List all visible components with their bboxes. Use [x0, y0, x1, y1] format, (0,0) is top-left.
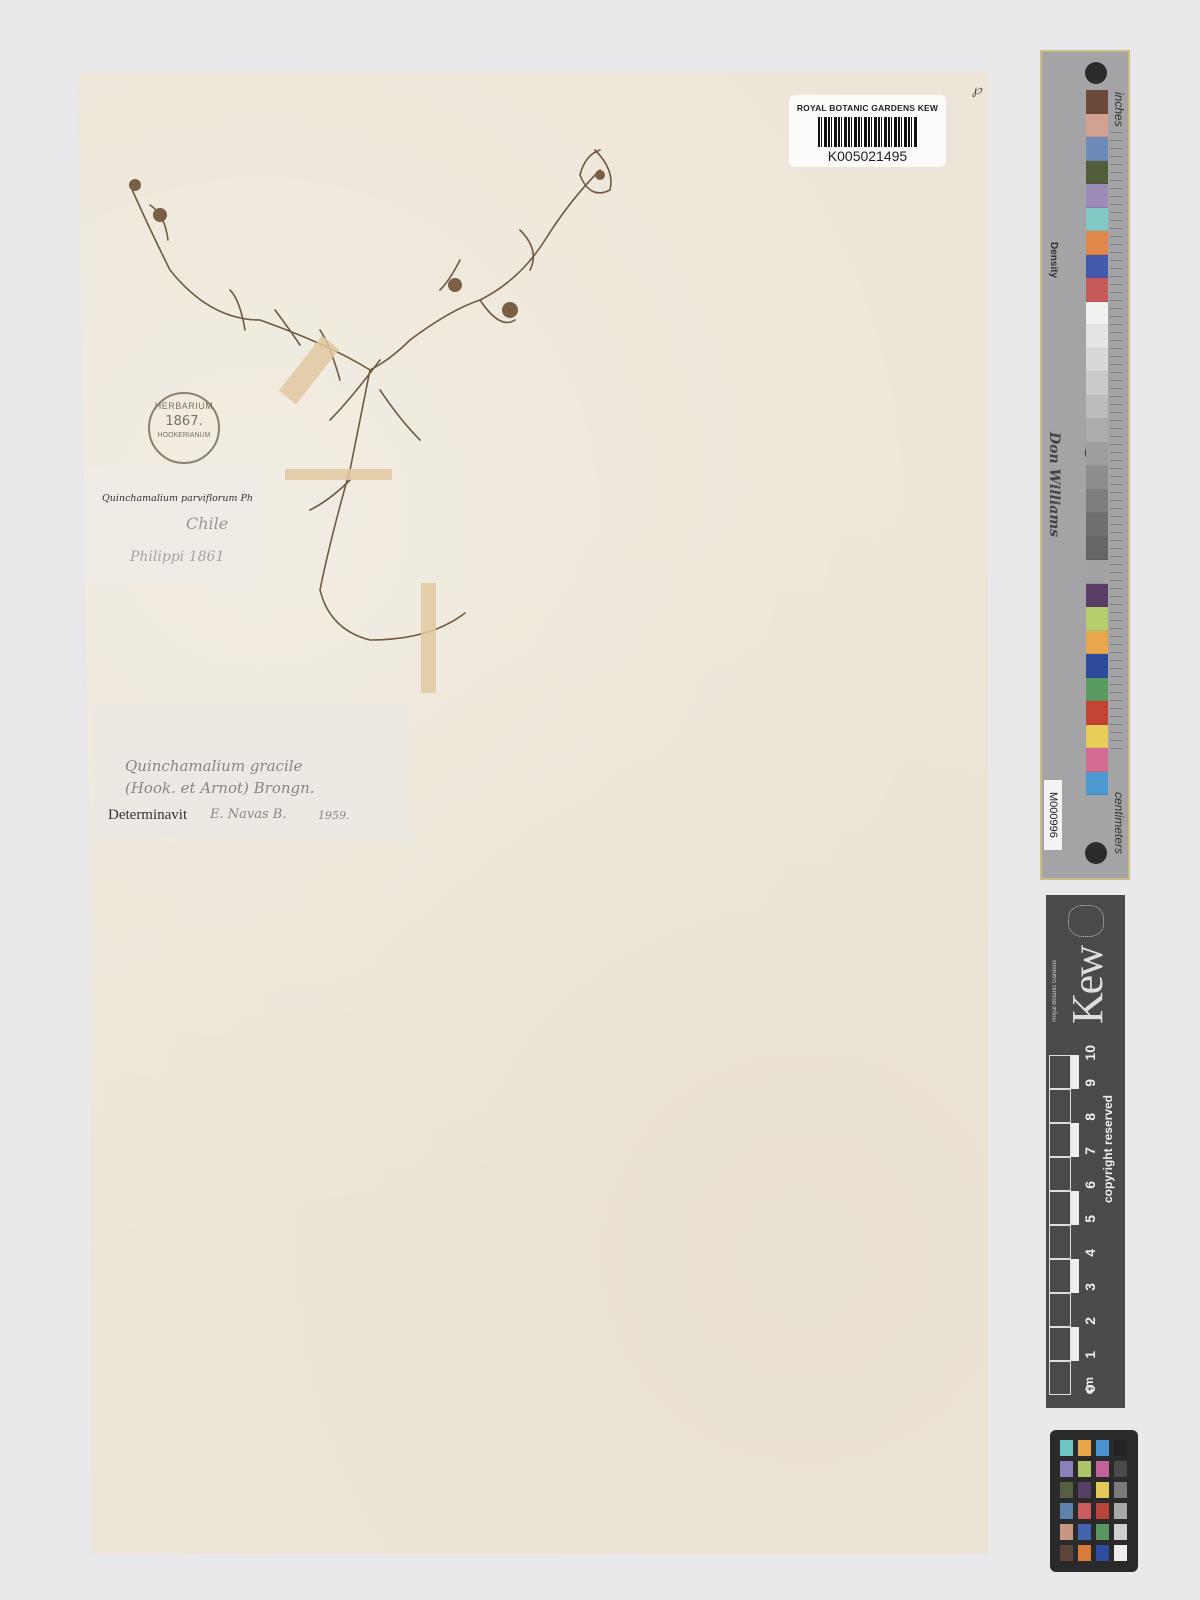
scale-number: 3	[1082, 1283, 1098, 1291]
mounting-tape	[285, 469, 392, 480]
color-patch	[1086, 349, 1108, 373]
scale-bar	[1071, 1327, 1079, 1361]
determinavit-prefix: Determinavit	[108, 807, 187, 824]
copyright-text: copyright reserved	[1101, 1095, 1115, 1203]
original-label: Quinchamalium parviflorum Ph Chile Phili…	[84, 467, 262, 585]
color-checker-cell	[1096, 1440, 1109, 1456]
cm-unit-label: cm	[1082, 1377, 1096, 1394]
scale-segment	[1049, 1259, 1071, 1293]
color-patch	[1086, 490, 1108, 514]
scale-number: 9	[1082, 1079, 1098, 1087]
color-checker-cell	[1096, 1482, 1109, 1498]
color-patch	[1086, 584, 1108, 608]
kew-subtitle: Royal Botanic Gardens	[1052, 960, 1058, 1022]
color-checker-cell	[1078, 1503, 1091, 1519]
scale-segment	[1049, 1157, 1071, 1191]
scale-bar	[1071, 1123, 1079, 1157]
color-patch	[1086, 466, 1108, 490]
color-patch	[1086, 654, 1108, 678]
kew-scale-ruler: Royal Botanic Gardens Kew 012345678910 c…	[1046, 895, 1125, 1408]
original-species-name: Quinchamalium parviflorum Ph	[102, 493, 262, 504]
color-checker-cell	[1114, 1482, 1127, 1498]
color-checker-cell	[1078, 1461, 1091, 1477]
scale-segment	[1049, 1225, 1071, 1259]
color-patch	[1086, 419, 1108, 443]
color-patch	[1086, 748, 1108, 772]
cm-scale-numbers: 012345678910	[1082, 1055, 1100, 1395]
color-patch	[1086, 537, 1108, 561]
color-patch	[1086, 137, 1108, 161]
color-checker-cell	[1096, 1524, 1109, 1540]
color-checker-cell	[1096, 1503, 1109, 1519]
barcode-label: ROYAL BOTANIC GARDENS KEW K005021495	[789, 95, 946, 167]
scale-segment	[1049, 1123, 1071, 1157]
scale-number: 8	[1082, 1113, 1098, 1121]
color-checker-cell	[1114, 1545, 1127, 1561]
scale-number: 10	[1082, 1045, 1098, 1061]
strip-color-patches	[1086, 90, 1108, 795]
kew-crest-icon	[1068, 905, 1104, 937]
scale-segment	[1049, 1089, 1071, 1123]
collector: Philippi 1861	[130, 549, 262, 565]
scale-segment	[1049, 1327, 1071, 1361]
color-patch	[1086, 396, 1108, 420]
color-calibration-strip: inches Density Don Williams M000996 cent…	[1040, 50, 1130, 880]
color-checker-cell	[1060, 1440, 1073, 1456]
scale-bar	[1071, 1055, 1079, 1089]
color-patch	[1086, 325, 1108, 349]
color-checker-cell	[1060, 1461, 1073, 1477]
scale-number: 7	[1082, 1147, 1098, 1155]
color-checker-grid	[1060, 1440, 1127, 1561]
cm-scale-bar	[1049, 1055, 1079, 1395]
strip-hole-top	[1085, 62, 1107, 84]
color-patch	[1086, 513, 1108, 537]
color-checker-cell	[1060, 1524, 1073, 1540]
strip-unit-centimeters: centimeters	[1112, 792, 1126, 854]
stamp-top-text: HERBARIUM	[150, 401, 218, 411]
determiner: E. Navas B.	[210, 807, 286, 822]
color-patch	[1086, 772, 1108, 796]
color-checker-cell	[1096, 1545, 1109, 1561]
color-patch	[1086, 184, 1108, 208]
color-checker-cell	[1078, 1482, 1091, 1498]
scale-segment	[1049, 1055, 1071, 1089]
scale-bar	[1071, 1191, 1079, 1225]
color-patch	[1086, 631, 1108, 655]
color-checker-cell	[1096, 1461, 1109, 1477]
determined-name-line2: (Hook. et Arnot) Brongn.	[125, 779, 315, 797]
color-checker-cell	[1060, 1482, 1073, 1498]
strip-ruler-ticks	[1110, 132, 1122, 752]
stamp-year: 1867.	[150, 414, 218, 429]
strip-unit-inches: inches	[1112, 92, 1126, 127]
color-patch	[1086, 90, 1108, 114]
color-patch	[1086, 302, 1108, 326]
color-patch	[1086, 208, 1108, 232]
color-checker-cell	[1114, 1503, 1127, 1519]
color-patch	[1086, 701, 1108, 725]
scale-segment	[1049, 1361, 1071, 1395]
scale-number: 5	[1082, 1215, 1098, 1223]
color-checker-cell	[1078, 1440, 1091, 1456]
color-checker-cell	[1114, 1461, 1127, 1477]
corner-mark: ℘	[972, 82, 982, 98]
color-patch	[1086, 255, 1108, 279]
determined-name-line1: Quinchamalium gracile	[125, 757, 302, 775]
color-checker-card	[1050, 1430, 1138, 1572]
color-checker-cell	[1060, 1503, 1073, 1519]
color-patch	[1086, 114, 1108, 138]
institution-name: ROYAL BOTANIC GARDENS KEW	[789, 103, 946, 113]
color-patch	[1086, 231, 1108, 255]
scale-segment	[1049, 1293, 1071, 1327]
barcode	[818, 117, 918, 147]
locality: Chile	[186, 514, 262, 533]
determination-year: 1959.	[318, 809, 350, 822]
determination-label: Quinchamalium gracile (Hook. et Arnot) B…	[93, 705, 407, 837]
scale-segment	[1049, 1191, 1071, 1225]
strip-hole-bottom	[1085, 842, 1107, 864]
color-patch	[1086, 161, 1108, 185]
color-patch	[1086, 607, 1108, 631]
strip-brand: Don Williams	[1046, 432, 1062, 537]
density-label: Density	[1048, 242, 1059, 278]
color-patch	[1086, 443, 1108, 467]
scale-number: 1	[1082, 1351, 1098, 1359]
barcode-number: K005021495	[789, 148, 946, 164]
stamp-bottom-text: HOOKERIANUM	[150, 432, 218, 439]
kew-logo: Kew	[1062, 947, 1113, 1024]
scale-number: 4	[1082, 1249, 1098, 1257]
scale-bar	[1071, 1259, 1079, 1293]
color-checker-cell	[1114, 1524, 1127, 1540]
color-patch	[1086, 560, 1108, 584]
scale-number: 2	[1082, 1317, 1098, 1325]
herbarium-stamp: HERBARIUM 1867. HOOKERIANUM	[148, 392, 220, 464]
mounting-tape	[421, 583, 436, 693]
color-patch	[1086, 678, 1108, 702]
color-patch	[1086, 372, 1108, 396]
color-patch	[1086, 278, 1108, 302]
color-checker-cell	[1078, 1545, 1091, 1561]
color-patch	[1086, 725, 1108, 749]
color-checker-cell	[1060, 1545, 1073, 1561]
scale-number: 6	[1082, 1181, 1098, 1189]
color-checker-cell	[1078, 1524, 1091, 1540]
color-checker-cell	[1114, 1440, 1127, 1456]
strip-serial: M000996	[1044, 780, 1062, 850]
